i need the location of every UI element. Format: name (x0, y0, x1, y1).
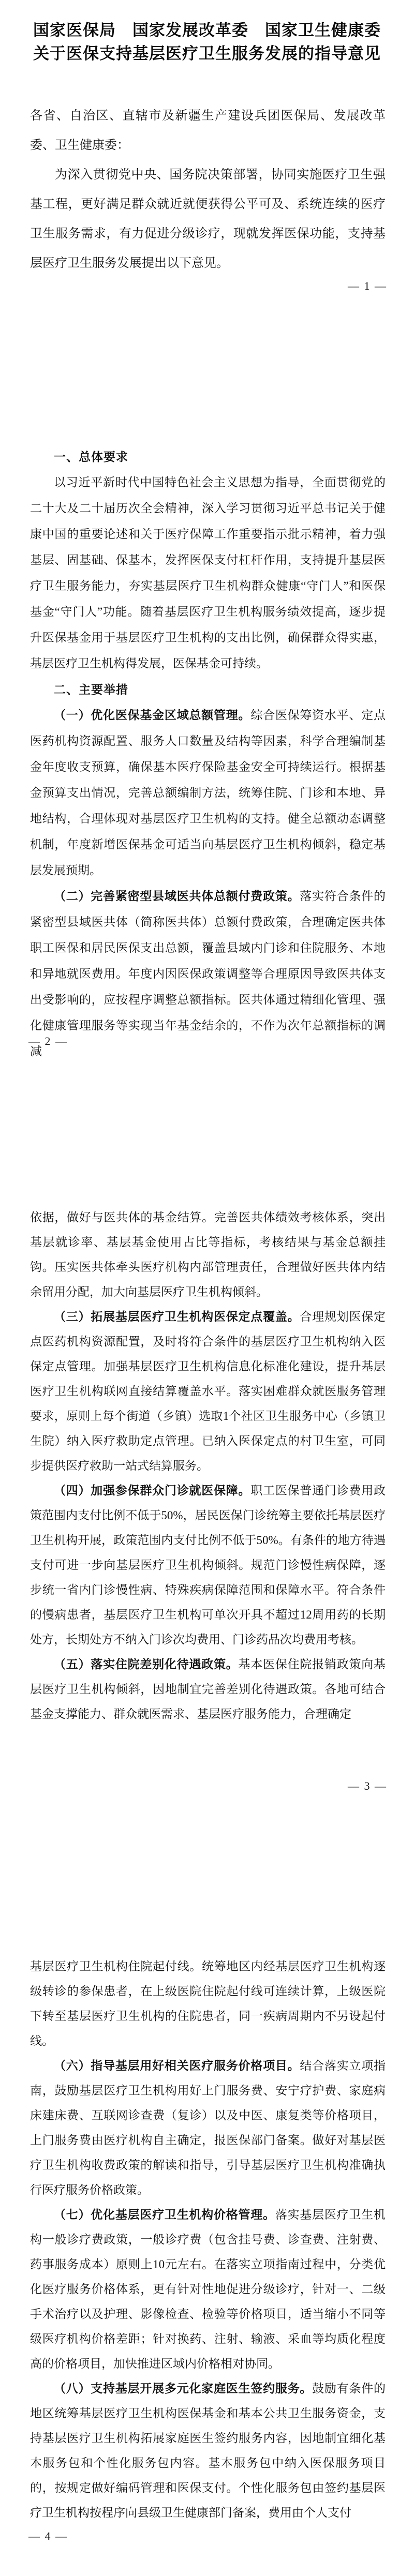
item8-paragraph: （八）支持基层开展多元化家庭医生签约服务。鼓励有条件的地区统筹基层医疗卫生机构医… (30, 2376, 386, 2525)
item5-lead: （五）落实住院差别化待遇政策。 (54, 1658, 239, 1671)
page-number-2: — 2 — (28, 1035, 68, 1048)
section1-paragraph: 以习近平新时代中国特色社会主义思想为指导，全面贯彻党的二十大及二十届历次全会精神… (30, 470, 386, 677)
page4-body: 基层医疗卫生机构住院起付线。统筹地区内经基层医疗卫生机构逐级转诊的参保患者，在上… (30, 1954, 386, 2525)
item6-paragraph: （六）指导基层用好相关医疗服务价格项目。结合落实立项指南，鼓励基层医疗卫生机构用… (30, 2054, 386, 2203)
item7-paragraph: （七）优化基层医疗卫生机构价格管理。落实基层医疗卫生机构一般诊疗费政策，一般诊疗… (30, 2203, 386, 2376)
page-number-1: — 1 — (348, 279, 387, 293)
item4-lead: （四）加强参保群众门诊就医保障。 (54, 1484, 250, 1497)
item6-text: 结合落实立项指南，鼓励基层医疗卫生机构用好上门服务费、安宁疗护费、家庭病床建床费… (30, 2059, 386, 2196)
item6-lead: （六）指导基层用好相关医疗服务价格项目。 (54, 2059, 300, 2072)
item5-paragraph: （五）落实住院差别化待遇政策。基本医保住院报销政策向基层医疗卫生机构倾斜，因地制… (30, 1652, 386, 1727)
page1-body: 各省、自治区、直辖市及新疆生产建设兵团医保局、发展改革委、卫生健康委： 为深入贯… (30, 101, 386, 278)
item2-paragraph: （二）完善紧密型县域医共体总额付费政策。落实符合条件的紧密型县域医共体（简称医共… (30, 883, 386, 1065)
item7-text: 落实基层医疗卫生机构一般诊疗费政策，一般诊疗费（包含挂号费、诊查费、注射费、药事… (30, 2208, 386, 2370)
salutation: 各省、自治区、直辖市及新疆生产建设兵团医保局、发展改革委、卫生健康委： (30, 101, 386, 160)
item3-lead: （三）拓展基层医疗卫生机构医保定点覆盖。 (54, 1310, 300, 1323)
document-title: 国家医保局 国家发展改革委 国家卫生健康委 关于医保支持基层医疗卫生服务发展的指… (28, 19, 386, 65)
item2-text: 落实符合条件的紧密型县域医共体（简称医共体）总额付费政策，合理确定医共体职工医保… (30, 890, 386, 1058)
intro-paragraph: 为深入贯彻党中央、国务院决策部署，协同实施医疗卫生强基工程，更好满足群众就近就便… (30, 160, 386, 278)
item3-paragraph: （三）拓展基层医疗卫生机构医保定点覆盖。合理规划医保定点医药机构资源配置，及时将… (30, 1305, 386, 1478)
item1-paragraph: （一）优化医保基金区域总额管理。综合医保筹资水平、定点医药机构资源配置、服务人口… (30, 702, 386, 883)
document-title-line2: 关于医保支持基层医疗卫生服务发展的指导意见 (28, 42, 386, 65)
item3-text: 合理规划医保定点医药机构资源配置，及时将符合条件的基层医疗卫生机构纳入医保定点管… (30, 1310, 386, 1472)
item7-lead: （七）优化基层医疗卫生机构价格管理。 (54, 2208, 275, 2221)
item1-text: 综合医保筹资水平、定点医药机构资源配置、服务人口数量及结构等因素，科学合理编制基… (30, 709, 386, 877)
item2-lead: （二）完善紧密型县域医共体总额付费政策。 (54, 890, 300, 903)
item4-text: 职工医保普通门诊费用政策范围内支付比例不低于50%，居民医保门诊统筹主要依托基层… (30, 1484, 386, 1646)
section-heading-1: 一、总体要求 (30, 444, 386, 470)
item1-lead: （一）优化医保基金区域总额管理。 (54, 709, 250, 722)
page-number-4: — 4 — (28, 2529, 68, 2543)
item4-paragraph: （四）加强参保群众门诊就医保障。职工医保普通门诊费用政策范围内支付比例不低于50… (30, 1478, 386, 1652)
section-heading-2: 二、主要举措 (30, 677, 386, 702)
page-number-3: — 3 — (348, 1779, 387, 1793)
item8-text: 鼓励有条件的地区统筹基层医疗卫生机构医保基金和基本公共卫生服务资金，支持基层医疗… (30, 2382, 386, 2519)
item2-continuation: 依据，做好与医共体的基金结算。完善医共体绩效考核体系，突出基层就诊率、基层基金使… (30, 1205, 386, 1305)
page2-body: 一、总体要求 以习近平新时代中国特色社会主义思想为指导，全面贯彻党的二十大及二十… (30, 444, 386, 1065)
document-page: { "document": { "title_line1": "国家医保局 国家… (0, 0, 414, 2576)
item5-continuation: 基层医疗卫生机构住院起付线。统筹地区内经基层医疗卫生机构逐级转诊的参保患者，在上… (30, 1954, 386, 2054)
page3-body: 依据，做好与医共体的基金结算。完善医共体绩效考核体系，突出基层就诊率、基层基金使… (30, 1205, 386, 1727)
item8-lead: （八）支持基层开展多元化家庭医生签约服务。 (54, 2382, 312, 2395)
document-title-line1: 国家医保局 国家发展改革委 国家卫生健康委 (28, 19, 386, 42)
